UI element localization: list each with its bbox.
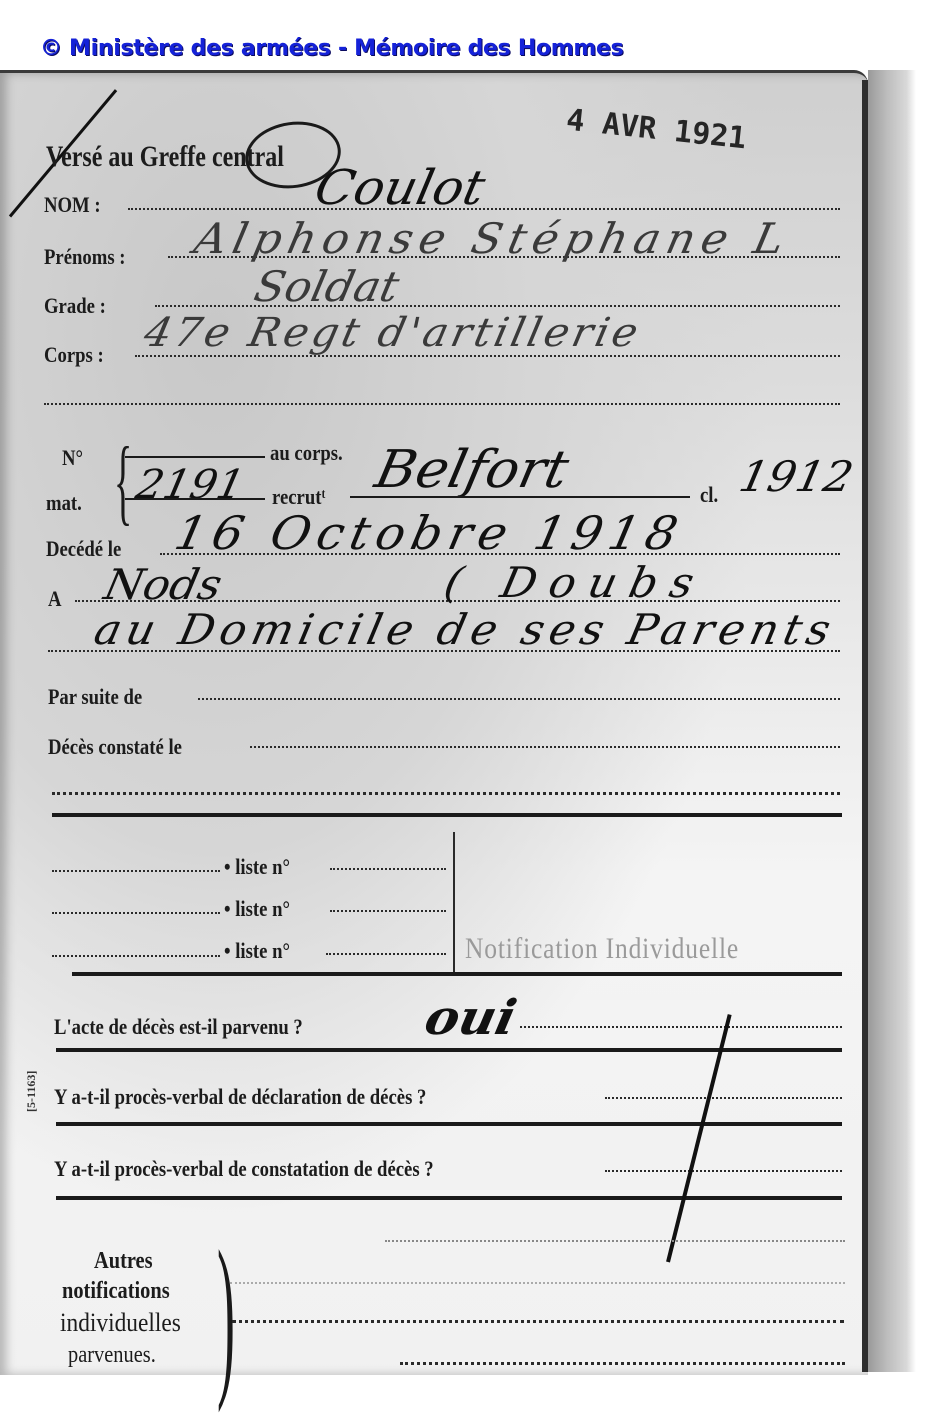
question-divider-3 [56, 1196, 842, 1200]
pv-declaration-question: Y a-t-il procès-verbal de déclaration de… [54, 1084, 426, 1110]
prenoms-label: Prénoms : [44, 244, 126, 270]
notification-individuelle-label: Notification Individuelle [465, 932, 739, 966]
au-corps-label: au corps. [270, 440, 343, 466]
autres-line-c [232, 1320, 844, 1323]
liste-1-label: • liste n° [224, 854, 290, 880]
lieu-department: ( Doubs [440, 558, 711, 607]
matricule-number: 2191 [132, 462, 249, 508]
classe-value: 1912 [735, 452, 858, 501]
acte-deces-question: L'acte de décès est-il parvenu ? [54, 1014, 303, 1040]
decede-value: 16 Octobre 1918 [170, 506, 689, 560]
corps-label: Corps : [44, 342, 104, 368]
autres-line-d [400, 1362, 845, 1365]
liste-3-label: • liste n° [224, 938, 290, 964]
liste-2-post-line [330, 910, 446, 912]
acte-deces-answer: oui [420, 990, 521, 1046]
corps-extra-line [44, 403, 840, 405]
scan-margin [868, 70, 916, 1372]
liste-3-pre-line [52, 955, 220, 957]
question-divider-2 [56, 1122, 842, 1126]
decede-label: Decédé le [46, 536, 121, 562]
liste-1-pre-line [52, 870, 220, 872]
pv-constatation-question: Y a-t-il procès-verbal de constatation d… [54, 1156, 434, 1182]
lieu-value: Nods [100, 560, 226, 609]
liste-2-pre-line [52, 912, 220, 914]
deces-constate-label: Décès constaté le [48, 734, 182, 760]
nom-value: Coulot [310, 160, 490, 216]
corps-value: 47e Regt d'artillerie [140, 310, 645, 356]
liste-2-label: • liste n° [224, 896, 290, 922]
grade-value: Soldat [250, 262, 404, 311]
par-suite-label: Par suite de [48, 684, 142, 710]
extra-line-1 [52, 792, 840, 795]
autres-line-1: Autres [94, 1248, 153, 1275]
side-form-code: [5-1163] [24, 1071, 39, 1112]
grade-label: Grade : [44, 293, 106, 319]
autres-line-4: parvenues. [68, 1342, 156, 1369]
recrutement-line [350, 496, 690, 498]
liste-1-post-line [330, 868, 446, 870]
autres-line-a [385, 1240, 845, 1242]
prenoms-value: Alphonse Stéphane L [190, 214, 795, 263]
matricule-line [125, 498, 265, 500]
lieu-detail-value: au Domicile de ses Parents [90, 605, 840, 654]
lieu-label: A [48, 586, 62, 612]
pv-declaration-line [605, 1097, 842, 1099]
autres-brace: ) [217, 1210, 235, 1417]
section-divider-2 [72, 972, 842, 976]
pv-constatation-line [605, 1170, 842, 1172]
nom-label: NOM : [44, 192, 101, 218]
nom-line [128, 208, 840, 210]
section-divider-1 [52, 813, 842, 817]
matricule-brace: { [114, 425, 132, 536]
copyright-watermark: © Ministère des armées - Mémoire des Hom… [40, 36, 623, 61]
acte-deces-line [520, 1026, 842, 1028]
par-suite-line [198, 698, 840, 700]
numero-label: N° [62, 445, 83, 471]
classe-label: cl. [700, 482, 718, 508]
deces-constate-line [250, 746, 840, 748]
mat-label: mat. [46, 490, 82, 516]
liste-3-post-line [326, 953, 446, 955]
au-corps-line [125, 456, 265, 458]
recrutement-value: Belfort [370, 440, 574, 500]
autres-line-2: notifications [62, 1278, 170, 1305]
autres-line-3: individuelles [60, 1308, 181, 1338]
question-divider-1 [56, 1048, 842, 1052]
liste-divider [453, 832, 455, 972]
autres-line-b [230, 1282, 845, 1284]
